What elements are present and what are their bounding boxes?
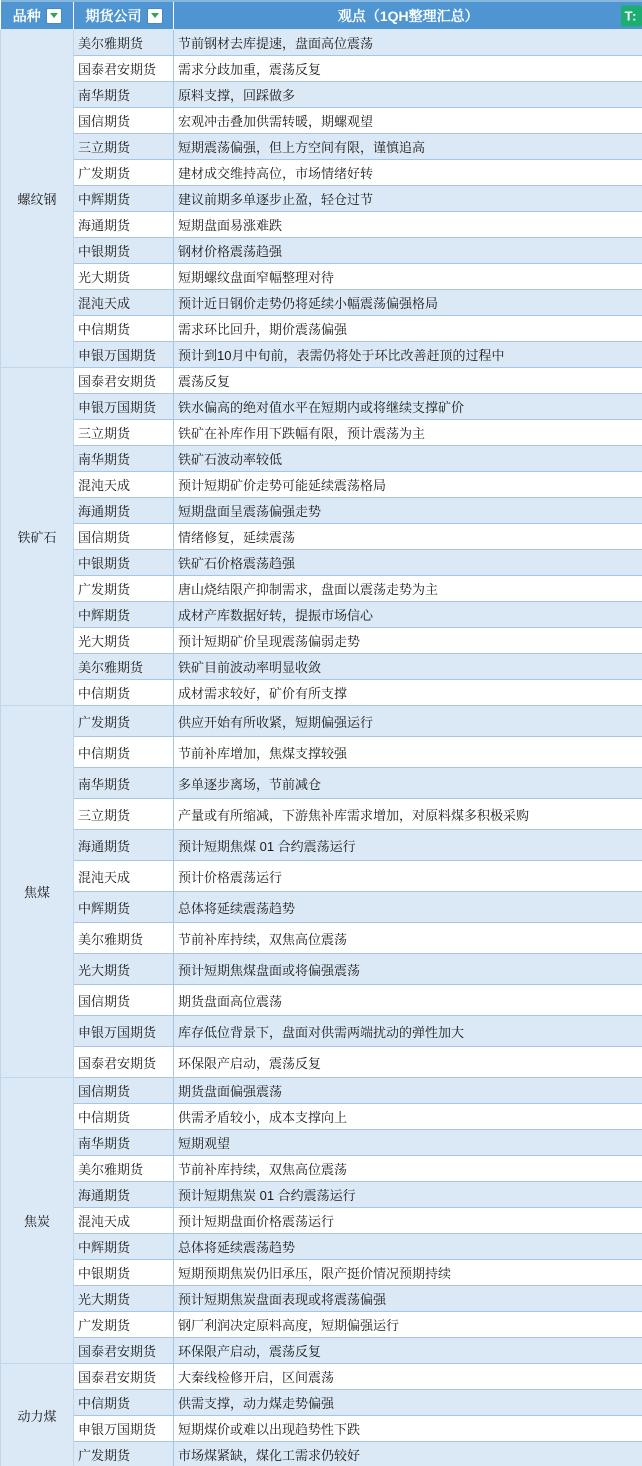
filter-dropdown-icon bbox=[50, 13, 58, 18]
view-cell: 宏观冲击叠加供需转暖，期螺观望 bbox=[174, 108, 642, 134]
table-row: 光大期货预计短期焦煤盘面或将偏强震荡 bbox=[1, 954, 642, 985]
table-row: 中银期货钢材价格震荡趋强 bbox=[1, 238, 642, 264]
view-cell: 原料支撑，回踩做多 bbox=[174, 82, 642, 108]
view-cell: 需求分歧加重，震荡反复 bbox=[174, 56, 642, 82]
table-row: 光大期货短期螺纹盘面窄幅整理对待 bbox=[1, 264, 642, 290]
company-cell: 申银万国期货 bbox=[74, 394, 174, 420]
company-cell: 国信期货 bbox=[74, 985, 174, 1016]
table-row: 中辉期货总体将延续震荡趋势 bbox=[1, 1234, 642, 1260]
view-cell: 短期煤价或难以出现趋势性下跌 bbox=[174, 1416, 642, 1442]
table-row: 海通期货预计短期焦炭 01 合约震荡运行 bbox=[1, 1182, 642, 1208]
company-cell: 国泰君安期货 bbox=[74, 1047, 174, 1078]
variety-cell: 焦煤 bbox=[1, 706, 74, 1078]
view-cell: 供需支撑，动力煤走势偏强 bbox=[174, 1390, 642, 1416]
view-cell: 短期盘面易涨难跌 bbox=[174, 212, 642, 238]
view-cell: 预计短期矿价走势可能延续震荡格局 bbox=[174, 472, 642, 498]
view-cell: 铁矿在补库作用下跌幅有限，预计震荡为主 bbox=[174, 420, 642, 446]
table-row: 南华期货铁矿石波动率较低 bbox=[1, 446, 642, 472]
company-cell: 中银期货 bbox=[74, 550, 174, 576]
company-cell: 光大期货 bbox=[74, 628, 174, 654]
table-row: 海通期货短期盘面呈震荡偏强走势 bbox=[1, 498, 642, 524]
company-cell: 申银万国期货 bbox=[74, 1016, 174, 1047]
filter-dropdown-icon bbox=[151, 13, 159, 18]
table-row: 美尔雅期货节前补库持续，双焦高位震荡 bbox=[1, 1156, 642, 1182]
company-cell: 南华期货 bbox=[74, 768, 174, 799]
table-row: 中辉期货建议前期多单逐步止盈，轻仓过节 bbox=[1, 186, 642, 212]
company-cell: 光大期货 bbox=[74, 954, 174, 985]
view-cell: 预计短期焦炭 01 合约震荡运行 bbox=[174, 1182, 642, 1208]
header-variety: 品种 bbox=[1, 1, 74, 30]
header-variety-label: 品种 bbox=[13, 6, 41, 26]
table-row: 国泰君安期货环保限产启动，震荡反复 bbox=[1, 1338, 642, 1364]
company-cell: 中辉期货 bbox=[74, 1234, 174, 1260]
company-cell: 混沌天成 bbox=[74, 861, 174, 892]
company-cell: 南华期货 bbox=[74, 82, 174, 108]
table-row: 中银期货短期预期焦炭仍旧承压，限产挺价情况预期持续 bbox=[1, 1260, 642, 1286]
table-row: 三立期货短期震荡偏强，但上方空间有限，谨慎追高 bbox=[1, 134, 642, 160]
company-cell: 申银万国期货 bbox=[74, 1416, 174, 1442]
view-cell: 需求环比回升，期价震荡偏强 bbox=[174, 316, 642, 342]
table-row: 中信期货供需矛盾较小，成本支撑向上 bbox=[1, 1104, 642, 1130]
table-row: 南华期货多单逐步离场，节前减仓 bbox=[1, 768, 642, 799]
table-row: 广发期货市场煤紧缺，煤化工需求仍较好 bbox=[1, 1442, 642, 1466]
company-cell: 申银万国期货 bbox=[74, 342, 174, 368]
company-cell: 南华期货 bbox=[74, 1130, 174, 1156]
table-row: 美尔雅期货节前补库持续，双焦高位震荡 bbox=[1, 923, 642, 954]
view-cell: 节前补库持续，双焦高位震荡 bbox=[174, 923, 642, 954]
table-row: 海通期货预计短期焦煤 01 合约震荡运行 bbox=[1, 830, 642, 861]
table-row: 南华期货短期观望 bbox=[1, 1130, 642, 1156]
view-cell: 预计短期焦煤 01 合约震荡运行 bbox=[174, 830, 642, 861]
table-row: 广发期货建材成交维持高位，市场情绪好转 bbox=[1, 160, 642, 186]
view-cell: 成材需求较好，矿价有所支撑 bbox=[174, 680, 642, 706]
company-cell: 国信期货 bbox=[74, 1078, 174, 1104]
company-cell: 混沌天成 bbox=[74, 1208, 174, 1234]
company-cell: 中辉期货 bbox=[74, 186, 174, 212]
company-cell: 广发期货 bbox=[74, 706, 174, 737]
view-cell: 短期震荡偏强，但上方空间有限，谨慎追高 bbox=[174, 134, 642, 160]
view-cell: 钢材价格震荡趋强 bbox=[174, 238, 642, 264]
table-row: 中信期货节前补库增加，焦煤支撑较强 bbox=[1, 737, 642, 768]
table-row: 国信期货期货盘面高位震荡 bbox=[1, 985, 642, 1016]
company-cell: 海通期货 bbox=[74, 1182, 174, 1208]
view-cell: 短期盘面呈震荡偏强走势 bbox=[174, 498, 642, 524]
company-cell: 光大期货 bbox=[74, 264, 174, 290]
view-cell: 震荡反复 bbox=[174, 368, 642, 394]
company-cell: 中信期货 bbox=[74, 680, 174, 706]
company-cell: 三立期货 bbox=[74, 134, 174, 160]
view-cell: 期货盘面偏强震荡 bbox=[174, 1078, 642, 1104]
header-row: 品种 期货公司 观点（1QH整理汇总） T: bbox=[1, 1, 642, 30]
table-row: 焦炭国信期货期货盘面偏强震荡 bbox=[1, 1078, 642, 1104]
company-cell: 广发期货 bbox=[74, 1312, 174, 1338]
company-cell: 光大期货 bbox=[74, 1286, 174, 1312]
company-cell: 中信期货 bbox=[74, 316, 174, 342]
view-cell: 铁矿石价格震荡趋强 bbox=[174, 550, 642, 576]
company-cell: 美尔雅期货 bbox=[74, 923, 174, 954]
table-row: 三立期货产量或有所缩减，下游焦补库需求增加，对原料煤多积极采购 bbox=[1, 799, 642, 830]
table-row: 申银万国期货短期煤价或难以出现趋势性下跌 bbox=[1, 1416, 642, 1442]
table-row: 申银万国期货预计到10月中旬前，表需仍将处于环比改善赶顶的过程中 bbox=[1, 342, 642, 368]
table-row: 中辉期货成材产库数据好转，提振市场信心 bbox=[1, 602, 642, 628]
view-cell: 短期螺纹盘面窄幅整理对待 bbox=[174, 264, 642, 290]
view-cell: 建议前期多单逐步止盈，轻仓过节 bbox=[174, 186, 642, 212]
company-cell: 中信期货 bbox=[74, 737, 174, 768]
view-cell: 节前补库增加，焦煤支撑较强 bbox=[174, 737, 642, 768]
table-row: 广发期货唐山烧结限产抑制需求，盘面以震荡走势为主 bbox=[1, 576, 642, 602]
company-cell: 广发期货 bbox=[74, 160, 174, 186]
view-cell: 预计短期盘面价格震荡运行 bbox=[174, 1208, 642, 1234]
company-cell: 国泰君安期货 bbox=[74, 56, 174, 82]
view-cell: 环保限产启动，震荡反复 bbox=[174, 1338, 642, 1364]
header-company-label: 期货公司 bbox=[86, 6, 142, 26]
company-cell: 中辉期货 bbox=[74, 892, 174, 923]
view-cell: 供需矛盾较小，成本支撑向上 bbox=[174, 1104, 642, 1130]
screenshot-tool-badge[interactable]: T: bbox=[621, 5, 642, 26]
view-cell: 库存低位背景下，盘面对供需两端扰动的弹性加大 bbox=[174, 1016, 642, 1047]
table-row: 广发期货钢厂利润决定原料高度，短期偏强运行 bbox=[1, 1312, 642, 1338]
company-cell: 国信期货 bbox=[74, 108, 174, 134]
table-row: 三立期货铁矿在补库作用下跌幅有限，预计震荡为主 bbox=[1, 420, 642, 446]
company-cell: 美尔雅期货 bbox=[74, 30, 174, 56]
company-cell: 美尔雅期货 bbox=[74, 1156, 174, 1182]
view-cell: 预计短期矿价呈现震荡偏弱走势 bbox=[174, 628, 642, 654]
table-row: 国信期货情绪修复，延续震荡 bbox=[1, 524, 642, 550]
company-cell: 混沌天成 bbox=[74, 290, 174, 316]
table-row: 螺纹钢美尔雅期货节前钢材去库提速，盘面高位震荡 bbox=[1, 30, 642, 56]
company-cell: 海通期货 bbox=[74, 830, 174, 861]
view-cell: 预计短期焦炭盘面表现或将震荡偏强 bbox=[174, 1286, 642, 1312]
table-row: 国信期货宏观冲击叠加供需转暖，期螺观望 bbox=[1, 108, 642, 134]
view-cell: 总体将延续震荡趋势 bbox=[174, 892, 642, 923]
view-cell: 短期观望 bbox=[174, 1130, 642, 1156]
variety-cell: 动力煤 bbox=[1, 1364, 74, 1466]
table-row: 中辉期货总体将延续震荡趋势 bbox=[1, 892, 642, 923]
company-cell: 中信期货 bbox=[74, 1390, 174, 1416]
variety-cell: 焦炭 bbox=[1, 1078, 74, 1364]
table-row: 中信期货需求环比回升，期价震荡偏强 bbox=[1, 316, 642, 342]
view-cell: 大秦线检修开启，区间震荡 bbox=[174, 1364, 642, 1390]
view-cell: 预计短期焦煤盘面或将偏强震荡 bbox=[174, 954, 642, 985]
company-cell: 国泰君安期货 bbox=[74, 368, 174, 394]
table-row: 混沌天成预计短期矿价走势可能延续震荡格局 bbox=[1, 472, 642, 498]
header-company: 期货公司 bbox=[74, 1, 174, 30]
view-cell: 铁矿目前波动率明显收敛 bbox=[174, 654, 642, 680]
view-cell: 节前钢材去库提速，盘面高位震荡 bbox=[174, 30, 642, 56]
header-view: 观点（1QH整理汇总） T: bbox=[174, 1, 642, 30]
view-cell: 节前补库持续，双焦高位震荡 bbox=[174, 1156, 642, 1182]
view-cell: 市场煤紧缺，煤化工需求仍较好 bbox=[174, 1442, 642, 1466]
table-row: 中信期货供需支撑，动力煤走势偏强 bbox=[1, 1390, 642, 1416]
view-cell: 供应开始有所收紧，短期偏强运行 bbox=[174, 706, 642, 737]
table-row: 混沌天成预计短期盘面价格震荡运行 bbox=[1, 1208, 642, 1234]
company-cell: 美尔雅期货 bbox=[74, 654, 174, 680]
table-row: 海通期货短期盘面易涨难跌 bbox=[1, 212, 642, 238]
table-row: 申银万国期货库存低位背景下，盘面对供需两端扰动的弹性加大 bbox=[1, 1016, 642, 1047]
table-row: 南华期货原料支撑，回踩做多 bbox=[1, 82, 642, 108]
company-cell: 广发期货 bbox=[74, 1442, 174, 1466]
company-cell: 中银期货 bbox=[74, 1260, 174, 1286]
table-row: 中信期货成材需求较好，矿价有所支撑 bbox=[1, 680, 642, 706]
table-row: 混沌天成预计价格震荡运行 bbox=[1, 861, 642, 892]
table-row: 铁矿石国泰君安期货震荡反复 bbox=[1, 368, 642, 394]
view-cell: 情绪修复，延续震荡 bbox=[174, 524, 642, 550]
company-cell: 中银期货 bbox=[74, 238, 174, 264]
variety-filter-button[interactable] bbox=[47, 9, 61, 23]
company-cell: 海通期货 bbox=[74, 498, 174, 524]
view-cell: 钢厂利润决定原料高度，短期偏强运行 bbox=[174, 1312, 642, 1338]
company-cell: 三立期货 bbox=[74, 420, 174, 446]
view-cell: 产量或有所缩减，下游焦补库需求增加，对原料煤多积极采购 bbox=[174, 799, 642, 830]
futures-views-table: 品种 期货公司 观点（1QH整理汇总） T: 螺纹钢美尔雅期货节前钢材去库提速，… bbox=[0, 0, 642, 1466]
view-cell: 铁矿石波动率较低 bbox=[174, 446, 642, 472]
table-row: 国泰君安期货需求分歧加重，震荡反复 bbox=[1, 56, 642, 82]
company-cell: 三立期货 bbox=[74, 799, 174, 830]
view-cell: 短期预期焦炭仍旧承压，限产挺价情况预期持续 bbox=[174, 1260, 642, 1286]
company-cell: 中辉期货 bbox=[74, 602, 174, 628]
view-cell: 预计到10月中旬前，表需仍将处于环比改善赶顶的过程中 bbox=[174, 342, 642, 368]
company-cell: 中信期货 bbox=[74, 1104, 174, 1130]
table-row: 焦煤广发期货供应开始有所收紧，短期偏强运行 bbox=[1, 706, 642, 737]
view-cell: 唐山烧结限产抑制需求，盘面以震荡走势为主 bbox=[174, 576, 642, 602]
company-cell: 广发期货 bbox=[74, 576, 174, 602]
table-row: 混沌天成预计近日钢价走势仍将延续小幅震荡偏强格局 bbox=[1, 290, 642, 316]
table-row: 中银期货铁矿石价格震荡趋强 bbox=[1, 550, 642, 576]
variety-cell: 铁矿石 bbox=[1, 368, 74, 706]
view-cell: 预计近日钢价走势仍将延续小幅震荡偏强格局 bbox=[174, 290, 642, 316]
header-view-label: 观点（1QH整理汇总） bbox=[338, 6, 479, 26]
view-cell: 预计价格震荡运行 bbox=[174, 861, 642, 892]
table-row: 光大期货预计短期焦炭盘面表现或将震荡偏强 bbox=[1, 1286, 642, 1312]
variety-cell: 螺纹钢 bbox=[1, 30, 74, 368]
view-cell: 环保限产启动，震荡反复 bbox=[174, 1047, 642, 1078]
company-cell: 南华期货 bbox=[74, 446, 174, 472]
table-body: 螺纹钢美尔雅期货节前钢材去库提速，盘面高位震荡国泰君安期货需求分歧加重，震荡反复… bbox=[1, 30, 642, 1466]
view-cell: 成材产库数据好转，提振市场信心 bbox=[174, 602, 642, 628]
view-cell: 期货盘面高位震荡 bbox=[174, 985, 642, 1016]
company-cell: 国信期货 bbox=[74, 524, 174, 550]
company-cell: 混沌天成 bbox=[74, 472, 174, 498]
company-cell: 海通期货 bbox=[74, 212, 174, 238]
view-cell: 建材成交维持高位，市场情绪好转 bbox=[174, 160, 642, 186]
view-cell: 铁水偏高的绝对值水平在短期内或将继续支撑矿价 bbox=[174, 394, 642, 420]
table-row: 光大期货预计短期矿价呈现震荡偏弱走势 bbox=[1, 628, 642, 654]
company-cell: 国泰君安期货 bbox=[74, 1338, 174, 1364]
table-row: 美尔雅期货铁矿目前波动率明显收敛 bbox=[1, 654, 642, 680]
table-row: 申银万国期货铁水偏高的绝对值水平在短期内或将继续支撑矿价 bbox=[1, 394, 642, 420]
table-row: 国泰君安期货环保限产启动，震荡反复 bbox=[1, 1047, 642, 1078]
view-cell: 总体将延续震荡趋势 bbox=[174, 1234, 642, 1260]
company-cell: 国泰君安期货 bbox=[74, 1364, 174, 1390]
table-row: 动力煤国泰君安期货大秦线检修开启，区间震荡 bbox=[1, 1364, 642, 1390]
company-filter-button[interactable] bbox=[148, 9, 162, 23]
view-cell: 多单逐步离场，节前减仓 bbox=[174, 768, 642, 799]
